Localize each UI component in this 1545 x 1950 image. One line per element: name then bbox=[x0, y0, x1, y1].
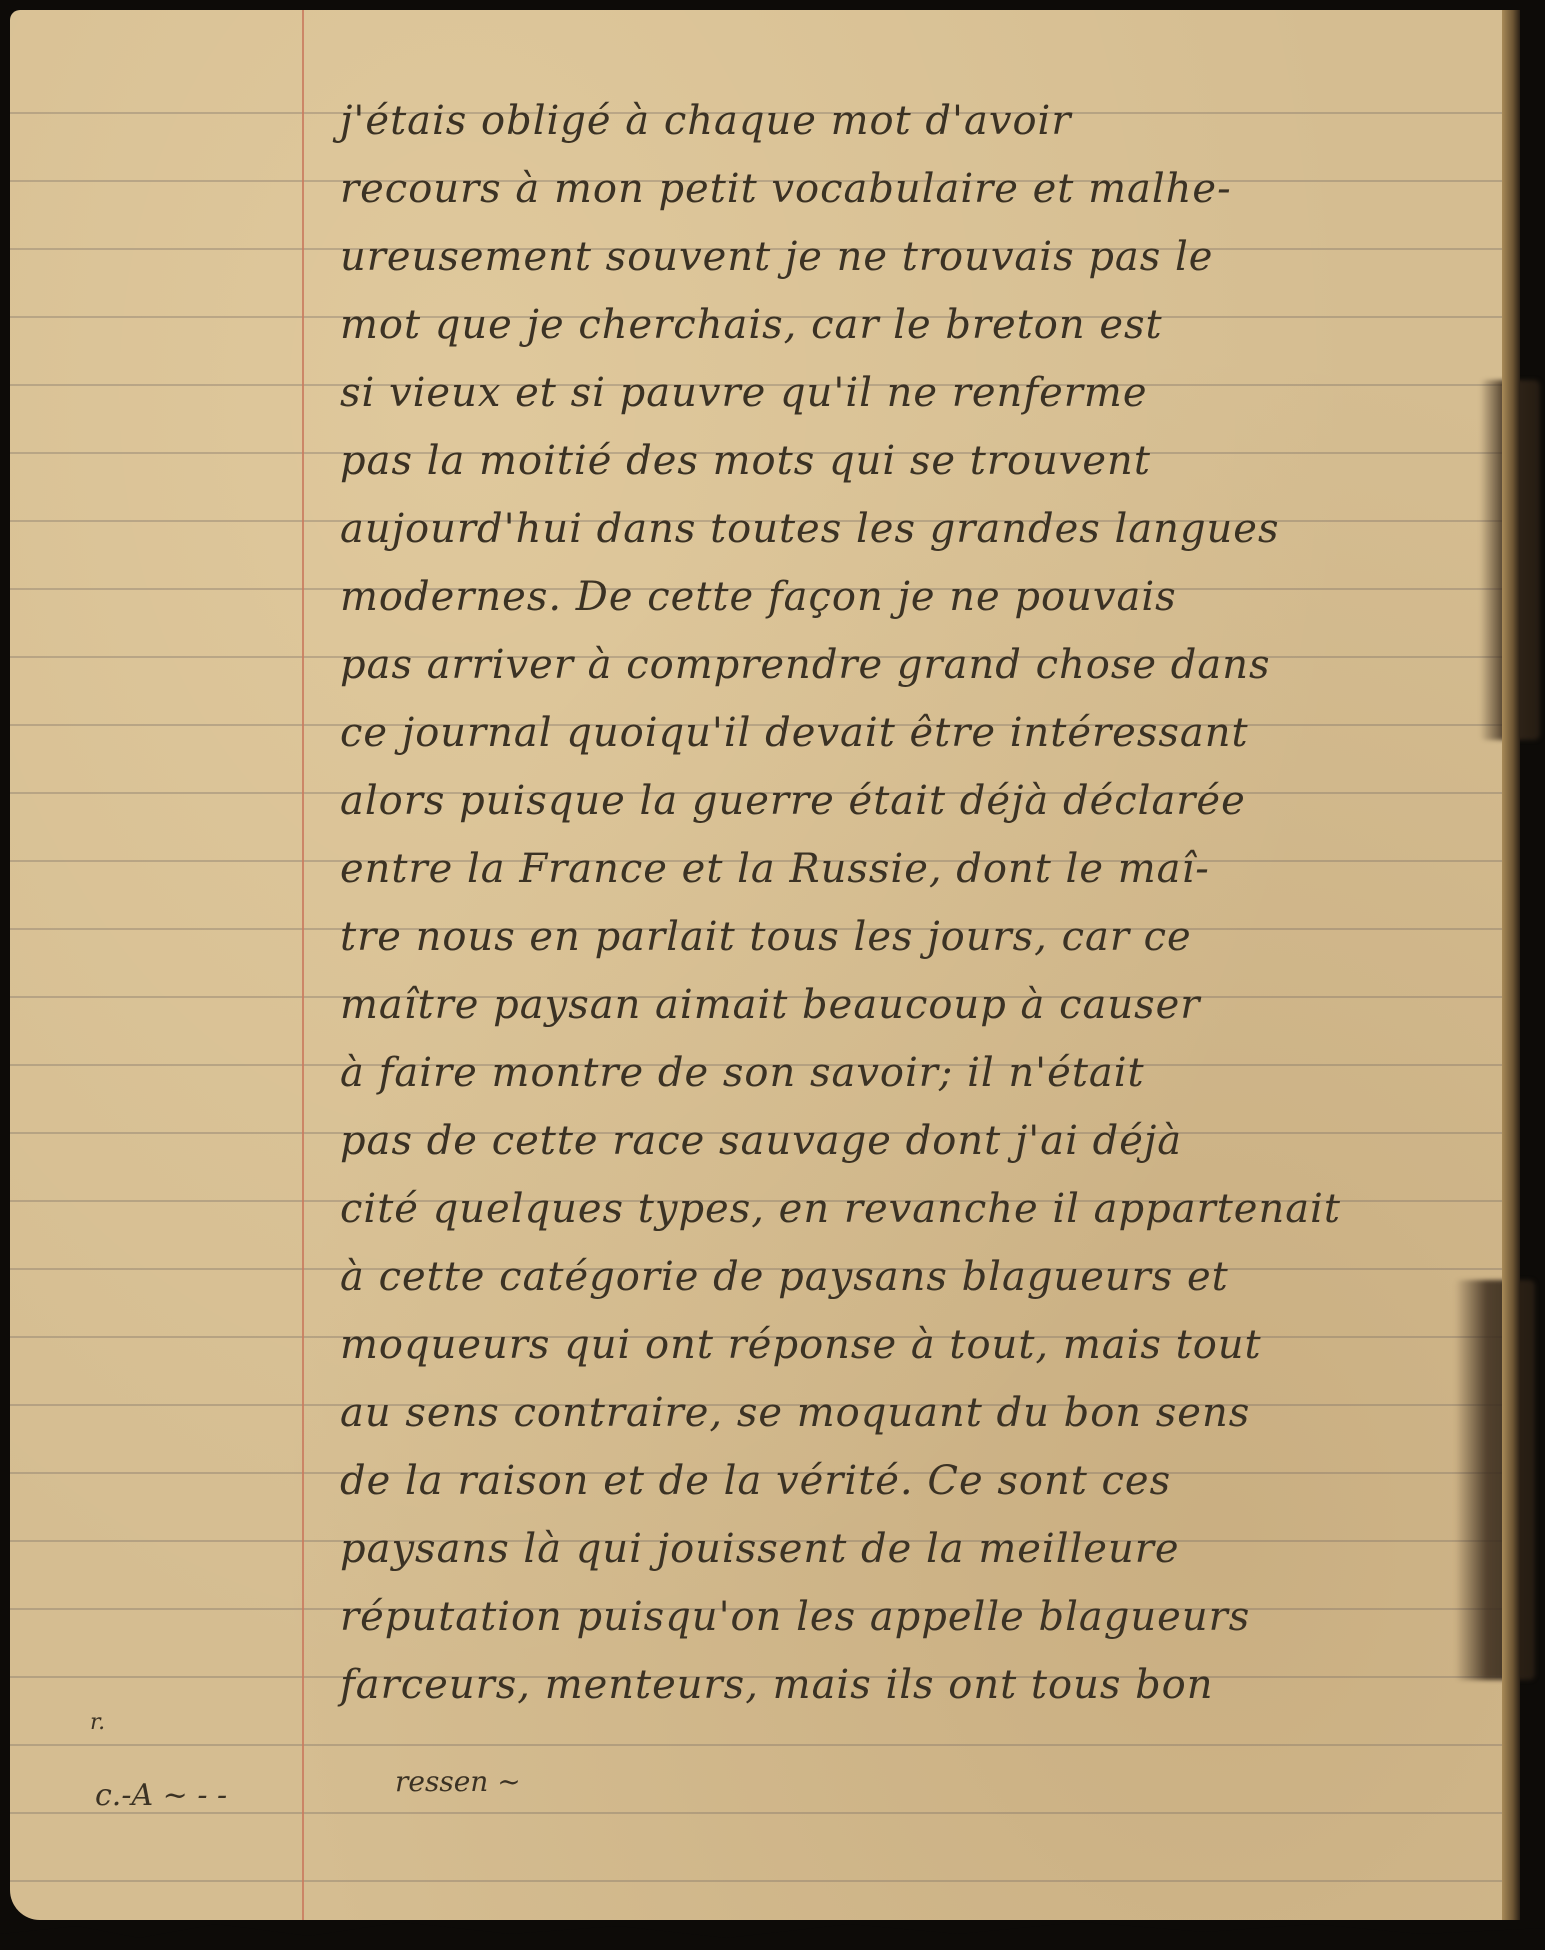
manuscript-line: mot que je cherchais, car le breton est bbox=[340, 302, 1510, 348]
manuscript-line: pas arriver à comprendre grand chose dan… bbox=[340, 642, 1510, 688]
manuscript-line: à faire montre de son savoir; il n'était bbox=[340, 1050, 1510, 1096]
manuscript-line: au sens contraire, se moquant du bon sen… bbox=[340, 1390, 1510, 1436]
manuscript-line: alors puisque la guerre était déjà décla… bbox=[340, 778, 1510, 824]
manuscript-line: entre la France et la Russie, dont le ma… bbox=[340, 846, 1510, 892]
manuscript-line: cité quelques types, en revanche il appa… bbox=[340, 1186, 1510, 1232]
ruled-line bbox=[10, 1744, 1520, 1746]
manuscript-line: paysans là qui jouissent de la meilleure bbox=[340, 1526, 1510, 1572]
manuscript-line: pas de cette race sauvage dont j'ai déjà bbox=[340, 1118, 1510, 1164]
manuscript-line: ureusement souvent je ne trouvais pas le bbox=[340, 234, 1510, 280]
manuscript-line: maître paysan aimait beaucoup à causer bbox=[340, 982, 1510, 1028]
manuscript-line: j'étais obligé à chaque mot d'avoir bbox=[340, 98, 1510, 144]
manuscript-line: ce journal quoiqu'il devait être intéres… bbox=[340, 710, 1510, 756]
manuscript-line: réputation puisqu'on les appelle blagueu… bbox=[340, 1594, 1510, 1640]
footer-scribble: ressen ~ bbox=[395, 1765, 521, 1798]
margin-mark-2: c.-A ~ - - bbox=[95, 1778, 227, 1813]
manuscript-line: de la raison et de la vérité. Ce sont ce… bbox=[340, 1458, 1510, 1504]
margin-rule bbox=[302, 10, 304, 1920]
manuscript-page: j'étais obligé à chaque mot d'avoirrecou… bbox=[10, 10, 1520, 1920]
ruled-line bbox=[10, 1880, 1520, 1882]
manuscript-line: si vieux et si pauvre qu'il ne renferme bbox=[340, 370, 1510, 416]
manuscript-line: tre nous en parlait tous les jours, car … bbox=[340, 914, 1510, 960]
manuscript-line: pas la moitié des mots qui se trouvent bbox=[340, 438, 1510, 484]
manuscript-line: moqueurs qui ont réponse à tout, mais to… bbox=[340, 1322, 1510, 1368]
manuscript-line: aujourd'hui dans toutes les grandes lang… bbox=[340, 506, 1510, 552]
manuscript-line: à cette catégorie de paysans blagueurs e… bbox=[340, 1254, 1510, 1300]
manuscript-line: recours à mon petit vocabulaire et malhe… bbox=[340, 166, 1510, 212]
manuscript-line: farceurs, menteurs, mais ils ont tous bo… bbox=[340, 1662, 1510, 1708]
ruled-line bbox=[10, 1812, 1520, 1814]
manuscript-line: modernes. De cette façon je ne pouvais bbox=[340, 574, 1510, 620]
margin-mark-1: r. bbox=[90, 1710, 105, 1735]
